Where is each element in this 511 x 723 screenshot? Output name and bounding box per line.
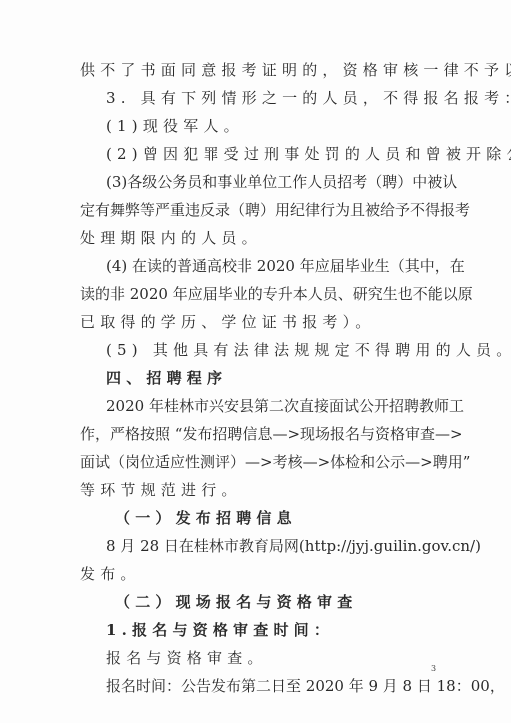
text-line: (1)现役军人。 [106, 116, 434, 136]
text-line: 等环节规范进行。 [80, 480, 434, 500]
subsection-heading: （二）现场报名与资格审查 [115, 592, 469, 612]
text-line: 处理期限内的人员。 [80, 228, 434, 248]
text-line: 3. 具有下列情形之一的人员，不得报名报考： [106, 88, 434, 108]
text-line: 8 月 28 日在桂林市教育局网(http://jyj.guilin.gov.c… [106, 536, 434, 556]
page-number: 3 [431, 664, 436, 673]
text-line: 面试（岗位适应性测评）—>考核—>体检和公示—>聘用” [80, 452, 434, 472]
text-line: 定有舞弊等严重违反录（聘）用纪律行为且被给予不得报考 [80, 200, 434, 220]
document-page: 供不了书面同意报考证明的，资格审核一律不予以通过。 3. 具有下列情形之一的人员… [0, 0, 511, 723]
text-line: 作，严格按照 “发布招聘信息—>现场报名与资格审查—> [80, 424, 434, 444]
text-line: (4) 在读的普通高校非 2020 年应届毕业生（其中，在 [106, 256, 434, 276]
subsection-heading: （一）发布招聘信息 [115, 508, 469, 528]
item-heading: 1.报名与资格审查时间： [106, 620, 434, 640]
section-heading: 四、招聘程序 [106, 368, 434, 388]
text-line: 读的非 2020 年应届毕业的专升本人员、研究生也不能以原 [80, 284, 434, 304]
text-line: 供不了书面同意报考证明的，资格审核一律不予以通过。 [80, 60, 434, 80]
text-line: 2020 年桂林市兴安县第二次直接面试公开招聘教师工 [106, 396, 434, 416]
text-line: 已取得的学历、学位证书报考）。 [80, 312, 434, 332]
text-line: (5) 其他具有法律法规规定不得聘用的人员。 [106, 340, 434, 360]
text-line: (2)曾因犯罪受过刑事处罚的人员和曾被开除公职的人员。 [106, 144, 434, 164]
text-line: 报名与资格审查。 [106, 648, 434, 668]
text-line: 报名时间：公告发布第二日至 2020 年 9 月 8 日 18：00， [106, 676, 434, 696]
text-line: (3)各级公务员和事业单位工作人员招考（聘）中被认 [106, 172, 434, 192]
text-line: 发布。 [80, 564, 434, 584]
